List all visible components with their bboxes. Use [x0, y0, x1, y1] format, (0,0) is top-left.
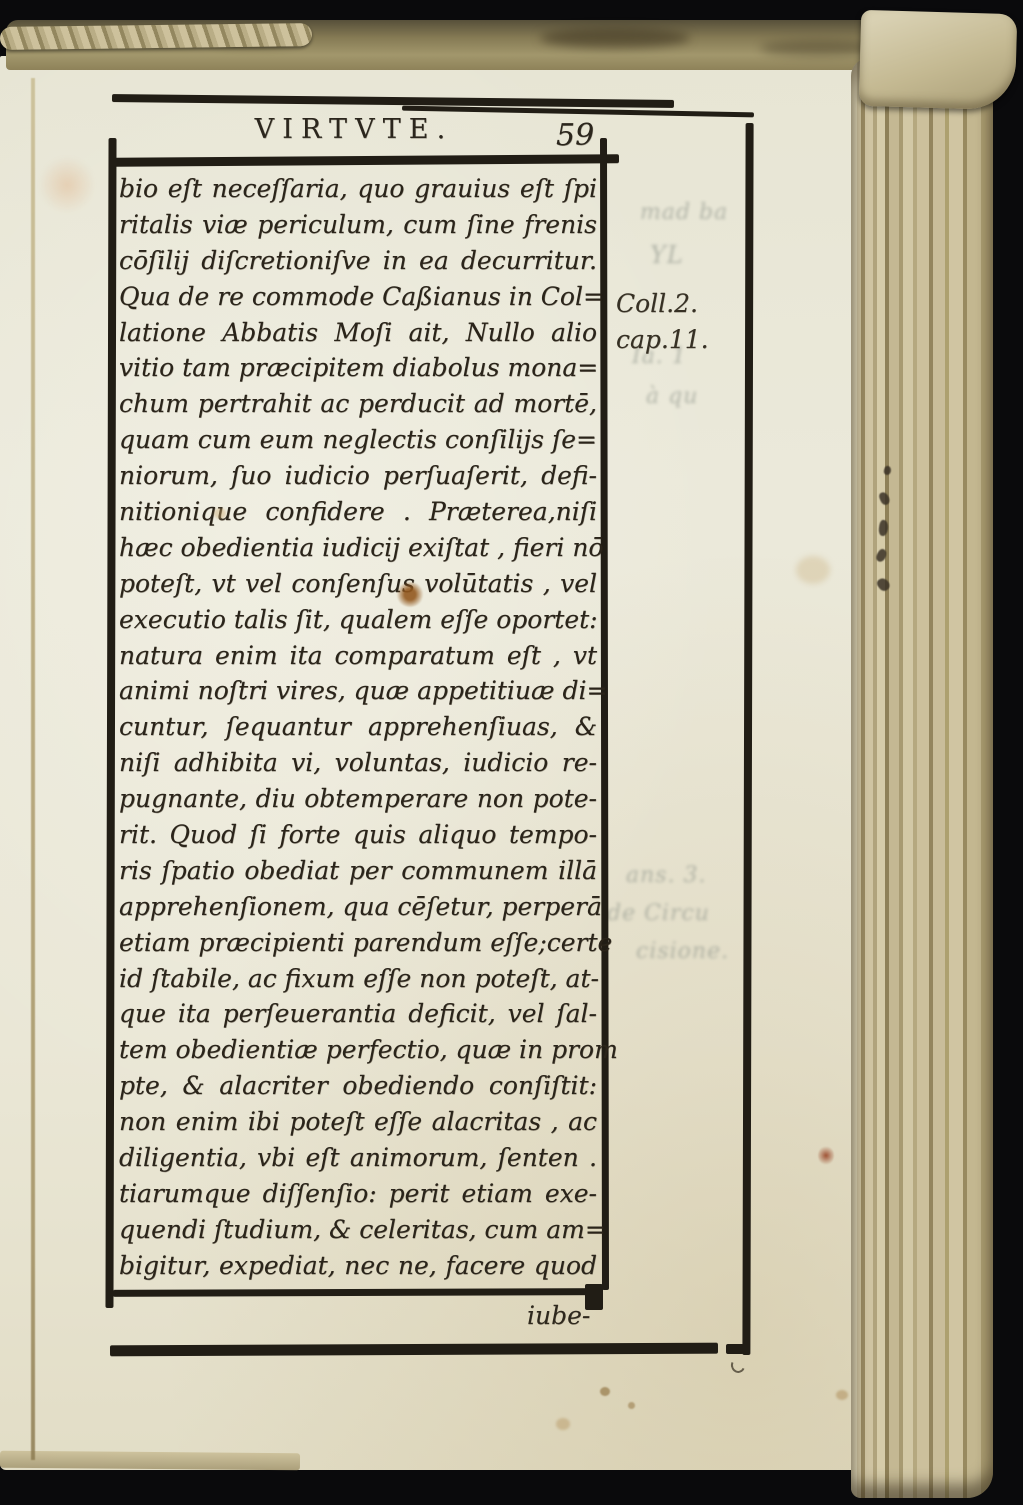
text-line: Qua de re commode Caßianus in Col= — [119, 279, 597, 315]
bleed-through-text: de Circu — [607, 901, 710, 926]
text-line: chum pertrahit ac perducit ad mortē, — [119, 386, 597, 422]
text-line: etiam præcipienti parendum eſſe;certe — [119, 925, 597, 961]
text-line: bigitur, expediat, nec ne, facere quod — [119, 1248, 597, 1284]
text-line: niorum, ſuo iudicio perſuaſerit, defi- — [119, 458, 597, 494]
bleed-through-text: YL — [650, 241, 684, 269]
marginal-citation-line: Coll.2. — [616, 286, 742, 322]
stain — [540, 28, 690, 48]
text-line: non enim ibi poteſt eſſe alacritas , ac — [119, 1104, 597, 1140]
text-line: animi noſtri vires, quæ appetitiuæ di= — [119, 673, 597, 709]
text-line: pte, & alacriter obediendo conſiſtit: — [119, 1068, 597, 1104]
text-line: tem obedientiæ perfectio, quæ in prom — [119, 1032, 597, 1068]
text-line: ritalis viæ periculum, cum ſine frenis — [119, 207, 597, 243]
text-line: latione Abbatis Moſi ait, Nullo alio — [119, 315, 597, 351]
vellum-cover-corner — [859, 10, 1018, 110]
text-line: ris ſpatio obediat per communem illā — [119, 853, 597, 889]
marginal-citation-line: cap.11. — [616, 322, 742, 358]
running-header-title: VIRTVTE. — [119, 114, 589, 145]
bleed-through-text: cisione. — [636, 939, 729, 964]
text-line: poteſt, vt vel conſenſus volūtatis , vel — [119, 566, 597, 602]
gutter-crease — [31, 78, 35, 1460]
text-line: id ſtabile, ac fixum eſſe non poteſt, at… — [119, 961, 597, 997]
catchword: iube- — [527, 1301, 590, 1330]
marginal-citation: Coll.2. cap.11. — [616, 286, 742, 358]
body-text-block: bio eſt neceſſaria, quo grauius eſt ſpir… — [119, 171, 597, 1284]
text-line: vitio tam præcipitem diabolus mona= — [119, 350, 597, 386]
fore-edge-pages — [851, 58, 993, 1498]
text-line: rit. Quod ſi forte quis aliquo tempo- — [119, 817, 597, 853]
text-line: executio talis ſit, qualem eſſe oportet: — [119, 602, 597, 638]
text-line: diligentia, vbi eſt animorum, ſenten . — [119, 1140, 597, 1176]
scanned-book-page: mad ba YL Ia. 1 à qu ans. 3. de Circu ci… — [0, 0, 1023, 1505]
text-line: bio eſt neceſſaria, quo grauius eſt ſpi — [119, 171, 597, 207]
text-line: natura enim ita comparatum eſt , vt — [119, 638, 597, 674]
text-line: hæc obedientia iudicij exiſtat , fieri n… — [119, 530, 597, 566]
text-line: quendi ſtudium, & celeritas, cum am= — [119, 1212, 597, 1248]
headband — [0, 23, 312, 50]
page-number: 59 — [556, 118, 594, 153]
text-line: cōſilij diſcretioniſve in ea decurritur. — [119, 243, 597, 279]
text-line: pugnante, diu obtemperare non pote- — [119, 781, 597, 817]
text-line: cuntur, ſequantur apprehenſiuas, & — [119, 709, 597, 745]
text-line: tiarumque diſſenſio: perit etiam exe- — [119, 1176, 597, 1212]
text-line: apprehenſionem, qua cēſetur, perperā — [119, 889, 597, 925]
text-line: nitionique confidere . Præterea,niſi — [119, 494, 597, 530]
bleed-through-text: à qu — [646, 384, 698, 409]
page-bottom-edge — [0, 1451, 300, 1471]
text-line: niſi adhibita vi, voluntas, iudicio re- — [119, 745, 597, 781]
outer-bottom-rule-dash — [726, 1344, 744, 1354]
text-line: quam cum eum neglectis conſilijs ſe= — [119, 422, 597, 458]
bleed-through-text: ans. 3. — [626, 863, 707, 888]
text-line: que ita perſeuerantia deficit, vel ſal- — [119, 996, 597, 1032]
bleed-through-text: mad ba — [640, 200, 728, 225]
